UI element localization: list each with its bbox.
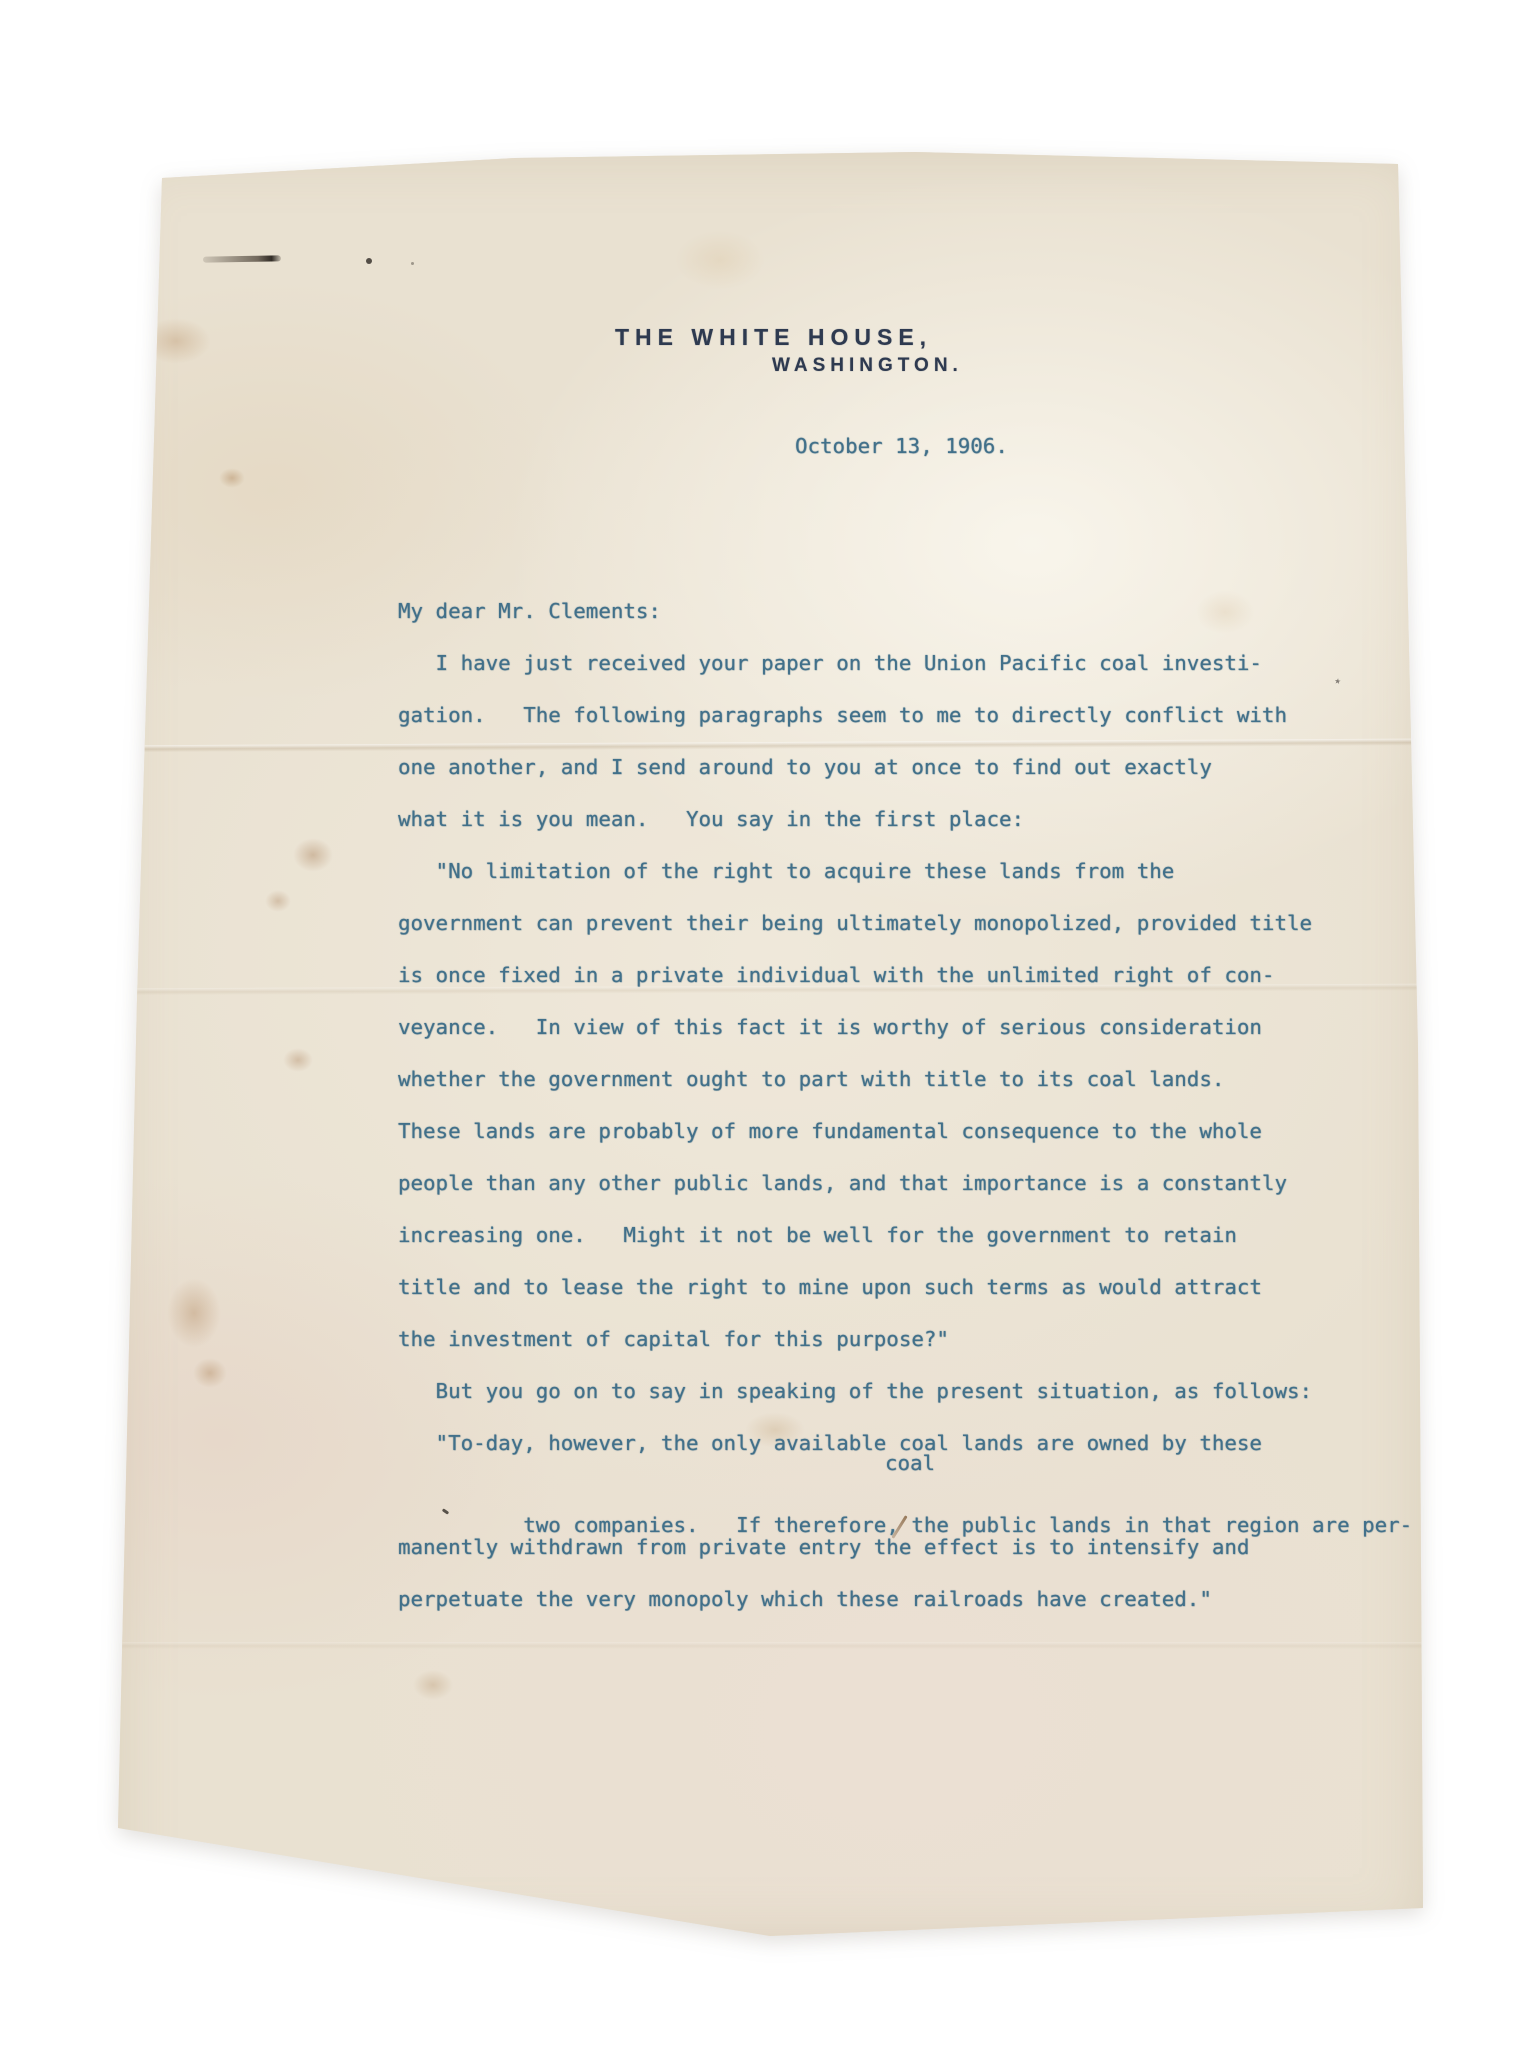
body-line: "No limitation of the right to acquire t… — [398, 856, 1358, 908]
foxing-stain — [219, 468, 245, 488]
body-line: whether the government ought to part wit… — [398, 1064, 1358, 1116]
body-line: government can prevent their being ultim… — [398, 908, 1358, 960]
body-line: the investment of capital for this purpo… — [398, 1324, 1358, 1376]
body-line: But you go on to say in speaking of the … — [398, 1376, 1358, 1428]
body-line: what it is you mean. You say in the firs… — [398, 804, 1358, 856]
body-line: "To-day, however, the only available coa… — [398, 1428, 1358, 1480]
foxing-stain — [193, 1358, 227, 1388]
foxing-stain — [141, 318, 211, 364]
body-line-with-insertion: two companies. If therefore, the public … — [398, 1480, 1358, 1532]
letter-paper-wrapper: ⋆﻿ THE WHITE HOUSE, WASHINGTON. October … — [115, 150, 1425, 1940]
body-line: veyance. In view of this fact it is wort… — [398, 1012, 1358, 1064]
letterhead-line1: THE WHITE HOUSE, — [615, 324, 932, 351]
body-line: one another, and I send around to you at… — [398, 752, 1358, 804]
date-line: October 13, 1906. — [795, 434, 1008, 458]
body-line: is once fixed in a private individual wi… — [398, 960, 1358, 1012]
letter-paper: ⋆﻿ THE WHITE HOUSE, WASHINGTON. October … — [115, 150, 1425, 1940]
foxing-stain — [265, 890, 291, 912]
photo-background: ⋆﻿ THE WHITE HOUSE, WASHINGTON. October … — [0, 0, 1536, 2048]
foxing-stain — [283, 1048, 313, 1072]
letter-body: My dear Mr. Clements: I have just receiv… — [398, 596, 1358, 1636]
foxing-stain — [293, 838, 333, 872]
body-line: perpetuate the very monopoly which these… — [398, 1584, 1358, 1636]
ink-speck — [411, 262, 414, 265]
body-line: people than any other public lands, and … — [398, 1168, 1358, 1220]
foxing-stain — [675, 230, 765, 290]
salutation: My dear Mr. Clements: — [398, 596, 1358, 648]
body-line: These lands are probably of more fundame… — [398, 1116, 1358, 1168]
foxing-stain — [167, 1278, 221, 1348]
fold-crease — [115, 1642, 1425, 1649]
pin-scratch-mark — [203, 255, 281, 262]
body-line: two companies. If therefore, the public … — [523, 1513, 1412, 1537]
body-line: title and to lease the right to mine upo… — [398, 1272, 1358, 1324]
letterhead-line2: WASHINGTON. — [772, 355, 963, 377]
ink-speck — [366, 258, 372, 264]
body-line: I have just received your paper on the U… — [398, 648, 1358, 700]
interlined-correction-word: coal — [885, 1453, 935, 1473]
body-line: gation. The following paragraphs seem to… — [398, 700, 1358, 752]
foxing-stain — [413, 1670, 453, 1700]
body-line: increasing one. Might it not be well for… — [398, 1220, 1358, 1272]
